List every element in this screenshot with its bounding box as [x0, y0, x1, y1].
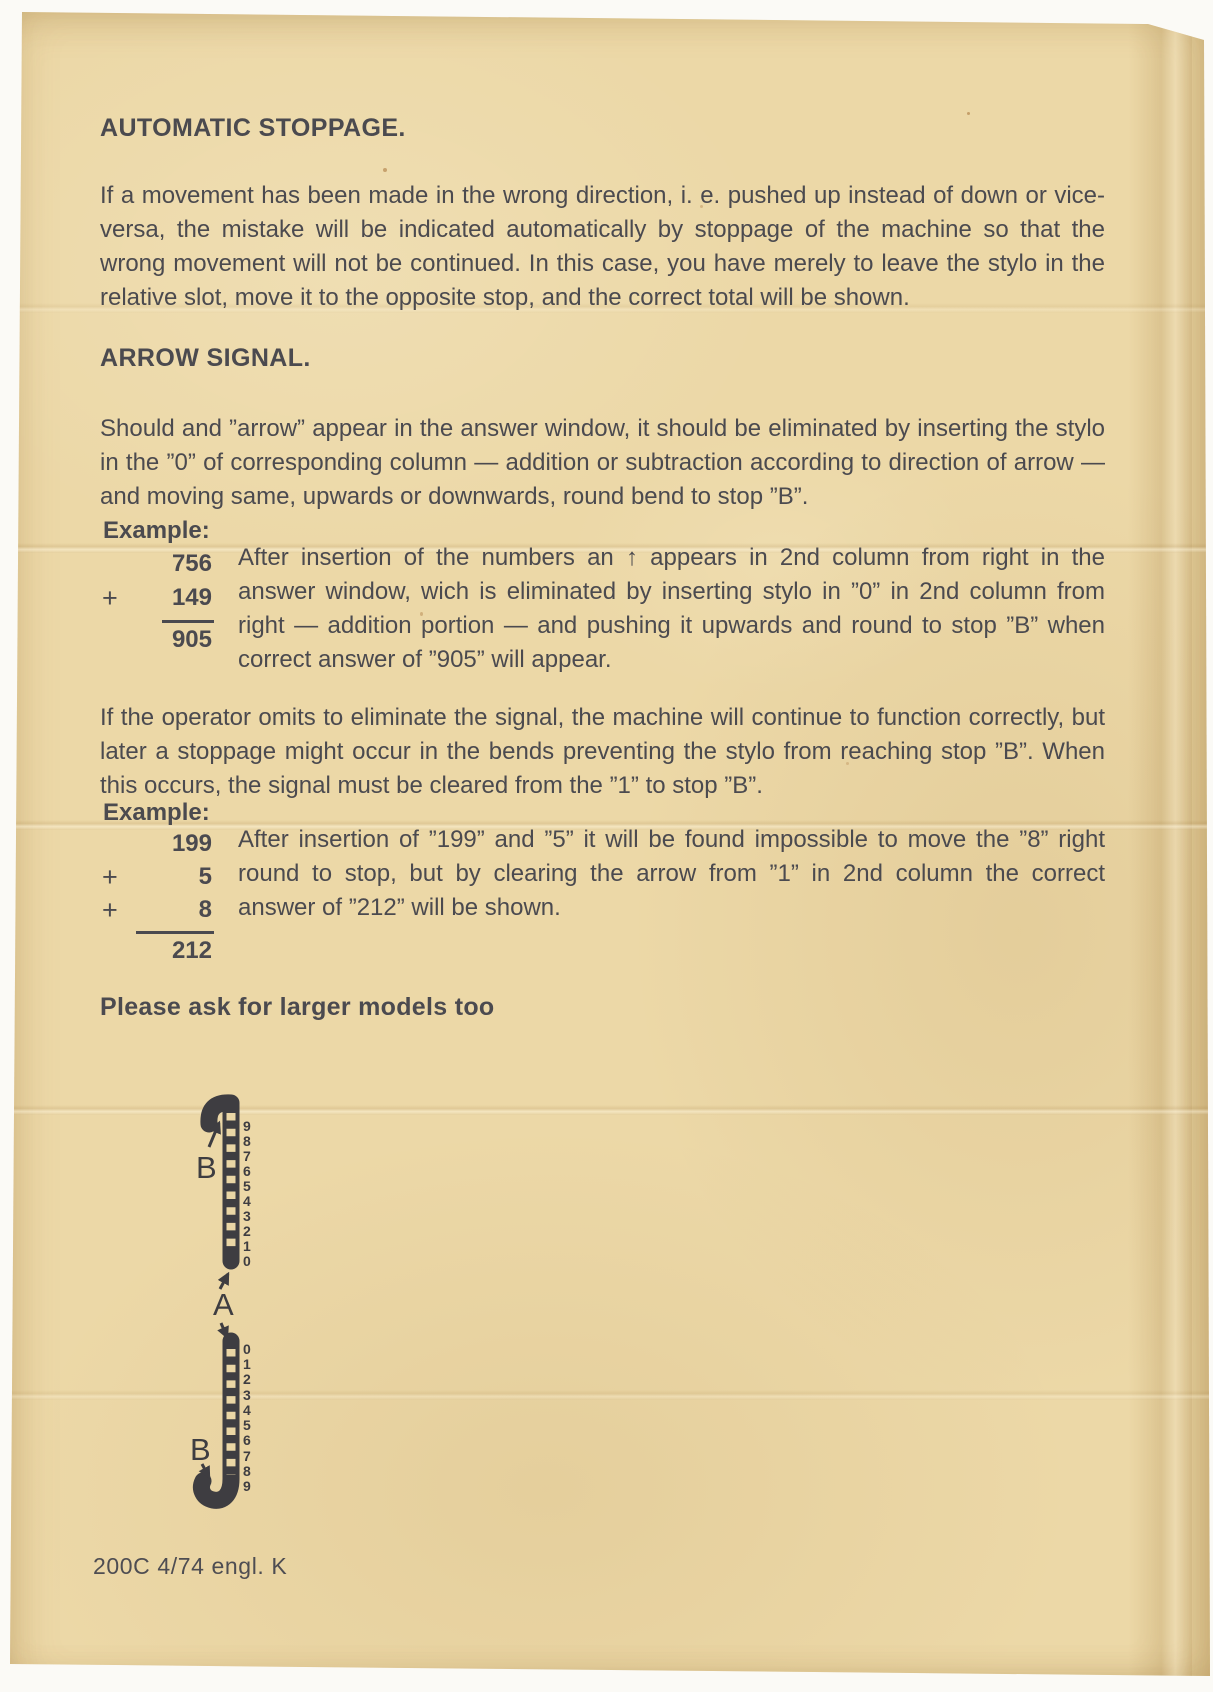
scale-number: 6: [243, 1432, 251, 1448]
scale-number: 8: [243, 1463, 251, 1479]
page-content: AUTOMATIC STOPPAGE. If a movement has be…: [0, 0, 1213, 1692]
sum-result: 212: [100, 937, 214, 965]
scale-number: 2: [243, 1223, 251, 1239]
scale-number: 4: [243, 1193, 251, 1209]
paragraph-signal-omitted: If the operator omits to eliminate the s…: [100, 701, 1105, 803]
sum-row: + 149: [100, 584, 214, 618]
sum-addend: 8: [142, 896, 214, 924]
heading-arrow-signal: ARROW SIGNAL.: [100, 344, 311, 373]
scale-number: 3: [243, 1208, 251, 1224]
scale-number: 7: [243, 1448, 251, 1464]
sum-row: + 8: [100, 896, 214, 929]
sum-addend: 756: [142, 550, 214, 578]
example-1-text: After insertion of the numbers an ↑ appe…: [238, 541, 1105, 677]
example-2-sum: 199 + 5 + 8 212: [100, 830, 214, 965]
example-1-label: Example:: [103, 517, 210, 545]
plus-sign: +: [100, 584, 142, 612]
sum-row: 199: [100, 830, 214, 863]
scale-number: 3: [243, 1387, 251, 1403]
scale-number: 8: [243, 1133, 251, 1149]
scale-number: 1: [243, 1356, 251, 1372]
label-a: A: [213, 1287, 234, 1322]
heading-automatic-stoppage: AUTOMATIC STOPPAGE.: [100, 114, 406, 143]
stop-b-label-upper: B: [196, 1150, 217, 1185]
scale-number: 5: [243, 1417, 251, 1433]
scale-number: 1: [243, 1238, 251, 1254]
paragraph-automatic-stoppage: If a movement has been made in the wrong…: [100, 179, 1105, 315]
plus-sign: +: [100, 863, 142, 891]
sum-result: 905: [100, 626, 214, 654]
sum-addend: 5: [142, 863, 214, 891]
example-2-text: After insertion of ”199” and ”5” it will…: [238, 823, 1105, 925]
scale-number: 7: [243, 1148, 251, 1164]
scale-number: 4: [243, 1402, 251, 1418]
slot-column-diagram: 9 8 7 6 5 4 3 2 1 0 B A 0 1 2 3 4 5 6 7 …: [183, 1083, 263, 1513]
example-2-label: Example:: [103, 799, 210, 827]
sum-addend: 199: [142, 830, 214, 858]
plus-sign: +: [100, 896, 142, 924]
scale-number: 9: [243, 1118, 251, 1134]
sum-row: + 5: [100, 863, 214, 896]
print-code-footer: 200C 4/74 engl. K: [93, 1553, 287, 1580]
sum-row: 756: [100, 550, 214, 584]
scale-number: 0: [243, 1341, 251, 1357]
example-1-sum: 756 + 149 905: [100, 550, 214, 654]
sum-rule: [136, 931, 214, 934]
scale-number: 6: [243, 1163, 251, 1179]
scale-number: 5: [243, 1178, 251, 1194]
paragraph-arrow-signal: Should and ”arrow” appear in the answer …: [100, 412, 1105, 514]
stop-b-label-lower: B: [190, 1432, 211, 1467]
sum-rule: [162, 620, 214, 623]
scale-number: 0: [243, 1253, 251, 1269]
sum-addend: 149: [142, 584, 214, 612]
scale-number: 2: [243, 1371, 251, 1387]
scale-number: 9: [243, 1478, 251, 1494]
promo-line: Please ask for larger models too: [100, 993, 494, 1022]
